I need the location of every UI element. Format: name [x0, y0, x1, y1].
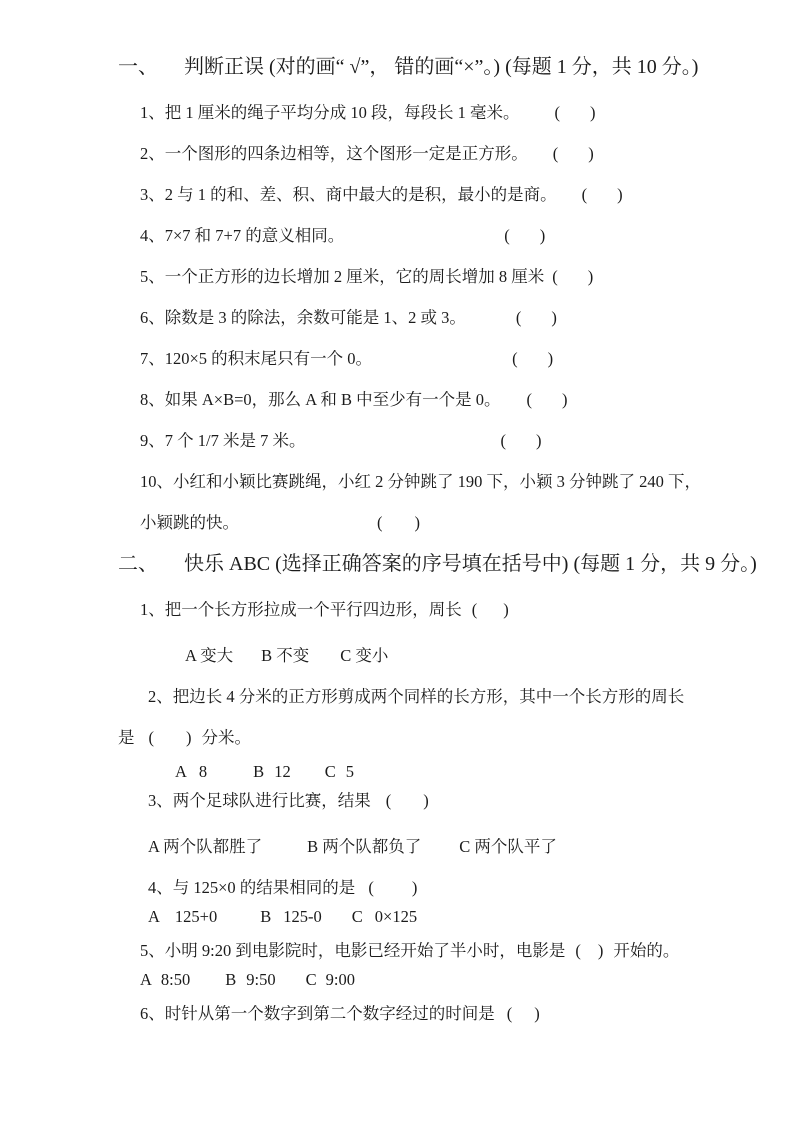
- text-run: 分米。: [202, 728, 252, 747]
- gap-spacer: [317, 984, 326, 985]
- gap-spacer: [495, 1018, 507, 1019]
- text-run: 1、把一个长方形拉成一个平行四边形，周长: [140, 600, 462, 619]
- question-line: 6、除数是 3 的除法，余数可能是 1、2 或 3。(): [140, 305, 753, 331]
- text-run: C: [352, 907, 363, 926]
- answer-blank: (): [472, 600, 509, 619]
- blank-space: [154, 742, 186, 743]
- text-run: B: [260, 907, 271, 926]
- text-run: 小颖跳的快。: [140, 513, 239, 532]
- question-line: 4、与 125×0 的结果相同的是(): [148, 875, 753, 901]
- gap-spacer: [276, 984, 306, 985]
- text-run: 6、除数是 3 的除法，余数可能是 1、2 或 3。: [140, 308, 466, 327]
- question-line: 3、2 与 1 的和、差、积、商中最大的是积，最小的是商。(): [140, 182, 753, 208]
- blank-space: [512, 1018, 534, 1019]
- options-line: A125+0B125-0C0×125: [148, 904, 753, 930]
- question-line: 3、两个足球队进行比赛，结果(): [148, 788, 753, 814]
- text-run: A: [148, 907, 160, 926]
- text-run: 125-0: [283, 907, 322, 926]
- question-line: 8、如果 A×B=0，那么 A 和 B 中至少有一个是 0。(): [140, 387, 753, 413]
- answer-blank: (): [582, 185, 623, 204]
- text-run: 2、一个图形的四条边相等，这个图形一定是正方形。: [140, 144, 528, 163]
- answer-blank: (): [386, 791, 429, 810]
- text-run: 5: [346, 762, 354, 781]
- blank-close-paren: ): [503, 600, 509, 619]
- text-run: 3、两个足球队进行比赛，结果: [148, 791, 371, 810]
- text-run: A 两个队都胜了: [148, 837, 262, 856]
- section-choice: 二、快乐 ABC (选择正确答案的序号填在括号中) (每题 1 分，共 9 分。…: [118, 551, 753, 1027]
- gap-spacer: [207, 776, 253, 777]
- options-line: A8B12C5: [175, 759, 753, 785]
- blank-close-paren: ): [534, 1004, 540, 1023]
- question-line: 1、把 1 厘米的绳子平均分成 10 段，每段长 1 毫米。(): [140, 100, 753, 126]
- question: 8、如果 A×B=0，那么 A 和 B 中至少有一个是 0。(): [118, 387, 753, 413]
- gap-spacer: [501, 404, 527, 405]
- gap-spacer: [371, 805, 386, 806]
- text-run: B: [253, 762, 264, 781]
- question-line: 9、7 个 1/7 米是 7 米。(): [140, 428, 753, 454]
- question: 2、把边长 4 分米的正方形剪成两个同样的长方形，其中一个长方形的周长是()分米…: [118, 684, 753, 785]
- gap-spacer: [187, 776, 199, 777]
- gap-spacer: [217, 921, 260, 922]
- question: 5、小明 9:20 到电影院时，电影已经开始了半小时，电影是()开始的。A8:5…: [118, 938, 753, 993]
- question: 3、两个足球队进行比赛，结果()A 两个队都胜了B 两个队都负了C 两个队平了: [118, 788, 753, 860]
- answer-blank: (): [512, 349, 553, 368]
- blank-space: [391, 805, 423, 806]
- blank-close-paren: ): [536, 431, 542, 450]
- blank-space: [477, 614, 503, 615]
- answer-blank: (): [500, 431, 541, 450]
- text-run: 0×125: [375, 907, 417, 926]
- text-run: 4、与 125×0 的结果相同的是: [148, 878, 355, 897]
- gap-spacer: [309, 660, 340, 661]
- gap-spacer: [557, 199, 582, 200]
- text-run: 快乐 ABC (选择正确答案的序号填在括号中) (每题 1 分，共 9 分。): [184, 553, 757, 575]
- blank-close-paren: ): [617, 185, 623, 204]
- question: 4、7×7 和 7+7 的意义相同。(): [118, 223, 753, 249]
- gap-spacer: [520, 117, 555, 118]
- answer-blank: (): [377, 513, 420, 532]
- text-run: C: [306, 970, 317, 989]
- question-line: 5、小明 9:20 到电影院时，电影已经开始了半小时，电影是()开始的。: [140, 938, 753, 964]
- blank-open-paren: (: [368, 878, 374, 897]
- blank-space: [506, 445, 536, 446]
- blank-close-paren: ): [598, 941, 604, 960]
- question: 3、2 与 1 的和、差、积、商中最大的是积，最小的是商。(): [118, 182, 753, 208]
- section-header: 一、判断正误 (对的画“ √”， 错的画“×”。) (每题 1 分，共 10 分…: [118, 54, 753, 80]
- blank-open-paren: (: [553, 144, 559, 163]
- text-run: 9:50: [246, 970, 275, 989]
- text-run: C: [325, 762, 336, 781]
- blank-close-paren: ): [540, 226, 546, 245]
- blank-close-paren: ): [588, 144, 594, 163]
- gap-spacer: [305, 445, 500, 446]
- gap-spacer: [421, 851, 459, 852]
- text-run: 125+0: [175, 907, 217, 926]
- gap-spacer: [363, 921, 375, 922]
- text-run: 一、: [118, 56, 158, 78]
- question: 9、7 个 1/7 米是 7 米。(): [118, 428, 753, 454]
- text-run: 10、小红和小颖比赛跳绳，小红 2 分钟跳了 190 下，小颖 3 分钟跳了 2…: [140, 472, 701, 491]
- text-run: B 两个队都负了: [307, 837, 421, 856]
- gap-spacer: [262, 851, 307, 852]
- gap-spacer: [152, 984, 161, 985]
- section-judge: 一、判断正误 (对的画“ √”， 错的画“×”。) (每题 1 分，共 10 分…: [118, 54, 753, 536]
- gap-spacer: [236, 984, 246, 985]
- text-run: B: [225, 970, 236, 989]
- question-line: 1、把一个长方形拉成一个平行四边形，周长(): [140, 597, 753, 623]
- question: 1、把 1 厘米的绳子平均分成 10 段，每段长 1 毫米。(): [118, 100, 753, 126]
- gap-spacer: [192, 742, 202, 743]
- gap-spacer: [135, 742, 149, 743]
- options-line: A 变大B 不变C 变小: [185, 643, 753, 669]
- text-run: 1、把 1 厘米的绳子平均分成 10 段，每段长 1 毫米。: [140, 103, 520, 122]
- blank-close-paren: ): [186, 728, 192, 747]
- blank-open-paren: (: [472, 600, 478, 619]
- answer-blank: (): [507, 1004, 540, 1023]
- gap-spacer: [322, 921, 352, 922]
- text-run: 是: [118, 728, 135, 747]
- question-line: 5、一个正方形的边长增加 2 厘米，它的周长增加 8 厘米(): [140, 264, 753, 290]
- gap-spacer: [271, 921, 283, 922]
- blank-open-paren: (: [512, 349, 518, 368]
- text-run: 8:50: [161, 970, 190, 989]
- answer-blank: (): [368, 878, 417, 897]
- question: 4、与 125×0 的结果相同的是()A125+0B125-0C0×125: [118, 875, 753, 930]
- answer-blank: (): [516, 308, 557, 327]
- options-line: A 两个队都胜了B 两个队都负了C 两个队平了: [148, 834, 753, 860]
- blank-space: [560, 117, 590, 118]
- blank-close-paren: ): [588, 267, 594, 286]
- text-run: A 变大: [185, 646, 233, 665]
- blank-open-paren: (: [527, 390, 533, 409]
- gap-spacer: [344, 240, 504, 241]
- question-line: 7、120×5 的积末尾只有一个 0。(): [140, 346, 753, 372]
- question-line: 6、时针从第一个数字到第二个数字经过的时间是(): [140, 1001, 753, 1027]
- gap-spacer: [291, 776, 325, 777]
- question: 5、一个正方形的边长增加 2 厘米，它的周长增加 8 厘米(): [118, 264, 753, 290]
- question-line: 10、小红和小颖比赛跳绳，小红 2 分钟跳了 190 下，小颖 3 分钟跳了 2…: [140, 469, 753, 495]
- question: 6、时针从第一个数字到第二个数字经过的时间是(): [118, 1001, 753, 1027]
- text-run: 3、2 与 1 的和、差、积、商中最大的是积，最小的是商。: [140, 185, 557, 204]
- question: 7、120×5 的积末尾只有一个 0。(): [118, 346, 753, 372]
- question: 2、一个图形的四条边相等，这个图形一定是正方形。(): [118, 141, 753, 167]
- blank-close-paren: ): [562, 390, 568, 409]
- blank-close-paren: ): [423, 791, 429, 810]
- blank-close-paren: ): [551, 308, 557, 327]
- text-run: 8: [199, 762, 207, 781]
- text-run: 5、小明 9:20 到电影院时，电影已经开始了半小时，电影是: [140, 941, 565, 960]
- answer-blank: (): [552, 267, 593, 286]
- text-run: 9:00: [326, 970, 355, 989]
- text-run: 判断正误 (对的画“ √”， 错的画“×”。) (每题 1 分，共 10 分。): [184, 56, 698, 78]
- blank-open-paren: (: [582, 185, 588, 204]
- question: 10、小红和小颖比赛跳绳，小红 2 分钟跳了 190 下，小颖 3 分钟跳了 2…: [118, 469, 753, 536]
- answer-blank: (): [555, 103, 596, 122]
- answer-blank: (): [149, 728, 192, 747]
- text-run: C 两个队平了: [459, 837, 557, 856]
- blank-space: [558, 158, 588, 159]
- text-run: B 不变: [261, 646, 309, 665]
- gap-spacer: [158, 72, 184, 73]
- blank-space: [383, 527, 415, 528]
- gap-spacer: [158, 569, 184, 570]
- blank-space: [558, 281, 588, 282]
- text-run: 4、7×7 和 7+7 的意义相同。: [140, 226, 344, 245]
- blank-space: [374, 892, 412, 893]
- gap-spacer: [466, 322, 516, 323]
- blank-close-paren: ): [590, 103, 596, 122]
- text-run: A: [175, 762, 187, 781]
- text-run: 6、时针从第一个数字到第二个数字经过的时间是: [140, 1004, 495, 1023]
- gap-spacer: [239, 527, 377, 528]
- text-run: A: [140, 970, 152, 989]
- blank-open-paren: (: [555, 103, 561, 122]
- gap-spacer: [190, 984, 225, 985]
- blank-open-paren: (: [386, 791, 392, 810]
- question-line: 2、一个图形的四条边相等，这个图形一定是正方形。(): [140, 141, 753, 167]
- text-run: 12: [274, 762, 291, 781]
- text-run: 2、把边长 4 分米的正方形剪成两个同样的长方形，其中一个长方形的周长: [148, 687, 684, 706]
- answer-blank: (): [575, 941, 603, 960]
- blank-space: [581, 955, 598, 956]
- question: 6、除数是 3 的除法，余数可能是 1、2 或 3。(): [118, 305, 753, 331]
- answer-blank: (): [527, 390, 568, 409]
- gap-spacer: [233, 660, 261, 661]
- gap-spacer: [462, 614, 472, 615]
- question: 1、把一个长方形拉成一个平行四边形，周长()A 变大B 不变C 变小: [118, 597, 753, 669]
- question-line: 2、把边长 4 分米的正方形剪成两个同样的长方形，其中一个长方形的周长: [148, 684, 753, 710]
- text-run: 开始的。: [613, 941, 679, 960]
- options-line: A8:50B9:50C9:00: [140, 967, 753, 993]
- blank-open-paren: (: [377, 513, 383, 532]
- text-run: 二、: [118, 553, 158, 575]
- question-line: 4、7×7 和 7+7 的意义相同。(): [140, 223, 753, 249]
- blank-close-paren: ): [412, 878, 418, 897]
- gap-spacer: [372, 363, 512, 364]
- section-header: 二、快乐 ABC (选择正确答案的序号填在括号中) (每题 1 分，共 9 分。…: [118, 551, 753, 577]
- gap-spacer: [336, 776, 346, 777]
- answer-blank: (): [553, 144, 594, 163]
- gap-spacer: [603, 955, 613, 956]
- blank-space: [587, 199, 617, 200]
- gap-spacer: [565, 955, 575, 956]
- blank-space: [532, 404, 562, 405]
- gap-spacer: [264, 776, 274, 777]
- worksheet-body: 一、判断正误 (对的画“ √”， 错的画“×”。) (每题 1 分，共 10 分…: [118, 54, 753, 1027]
- continuation-line: 小颖跳的快。(): [140, 510, 753, 536]
- blank-open-paren: (: [500, 431, 506, 450]
- blank-close-paren: ): [415, 513, 421, 532]
- text-run: 8、如果 A×B=0，那么 A 和 B 中至少有一个是 0。: [140, 390, 501, 409]
- blank-open-paren: (: [575, 941, 581, 960]
- text-run: C 变小: [340, 646, 388, 665]
- gap-spacer: [355, 892, 368, 893]
- blank-open-paren: (: [516, 308, 522, 327]
- text-run: 7、120×5 的积末尾只有一个 0。: [140, 349, 372, 368]
- text-run: 5、一个正方形的边长增加 2 厘米，它的周长增加 8 厘米: [140, 267, 544, 286]
- text-run: 9、7 个 1/7 米是 7 米。: [140, 431, 305, 450]
- worksheet-page: 一、判断正误 (对的画“ √”， 错的画“×”。) (每题 1 分，共 10 分…: [0, 0, 793, 1122]
- answer-blank: (): [504, 226, 545, 245]
- blank-space: [518, 363, 548, 364]
- blank-open-paren: (: [507, 1004, 513, 1023]
- continuation-line: 是()分米。: [118, 725, 753, 751]
- gap-spacer: [528, 158, 553, 159]
- blank-open-paren: (: [149, 728, 155, 747]
- blank-open-paren: (: [504, 226, 510, 245]
- gap-spacer: [160, 921, 175, 922]
- blank-space: [521, 322, 551, 323]
- blank-open-paren: (: [552, 267, 558, 286]
- blank-close-paren: ): [548, 349, 554, 368]
- blank-space: [510, 240, 540, 241]
